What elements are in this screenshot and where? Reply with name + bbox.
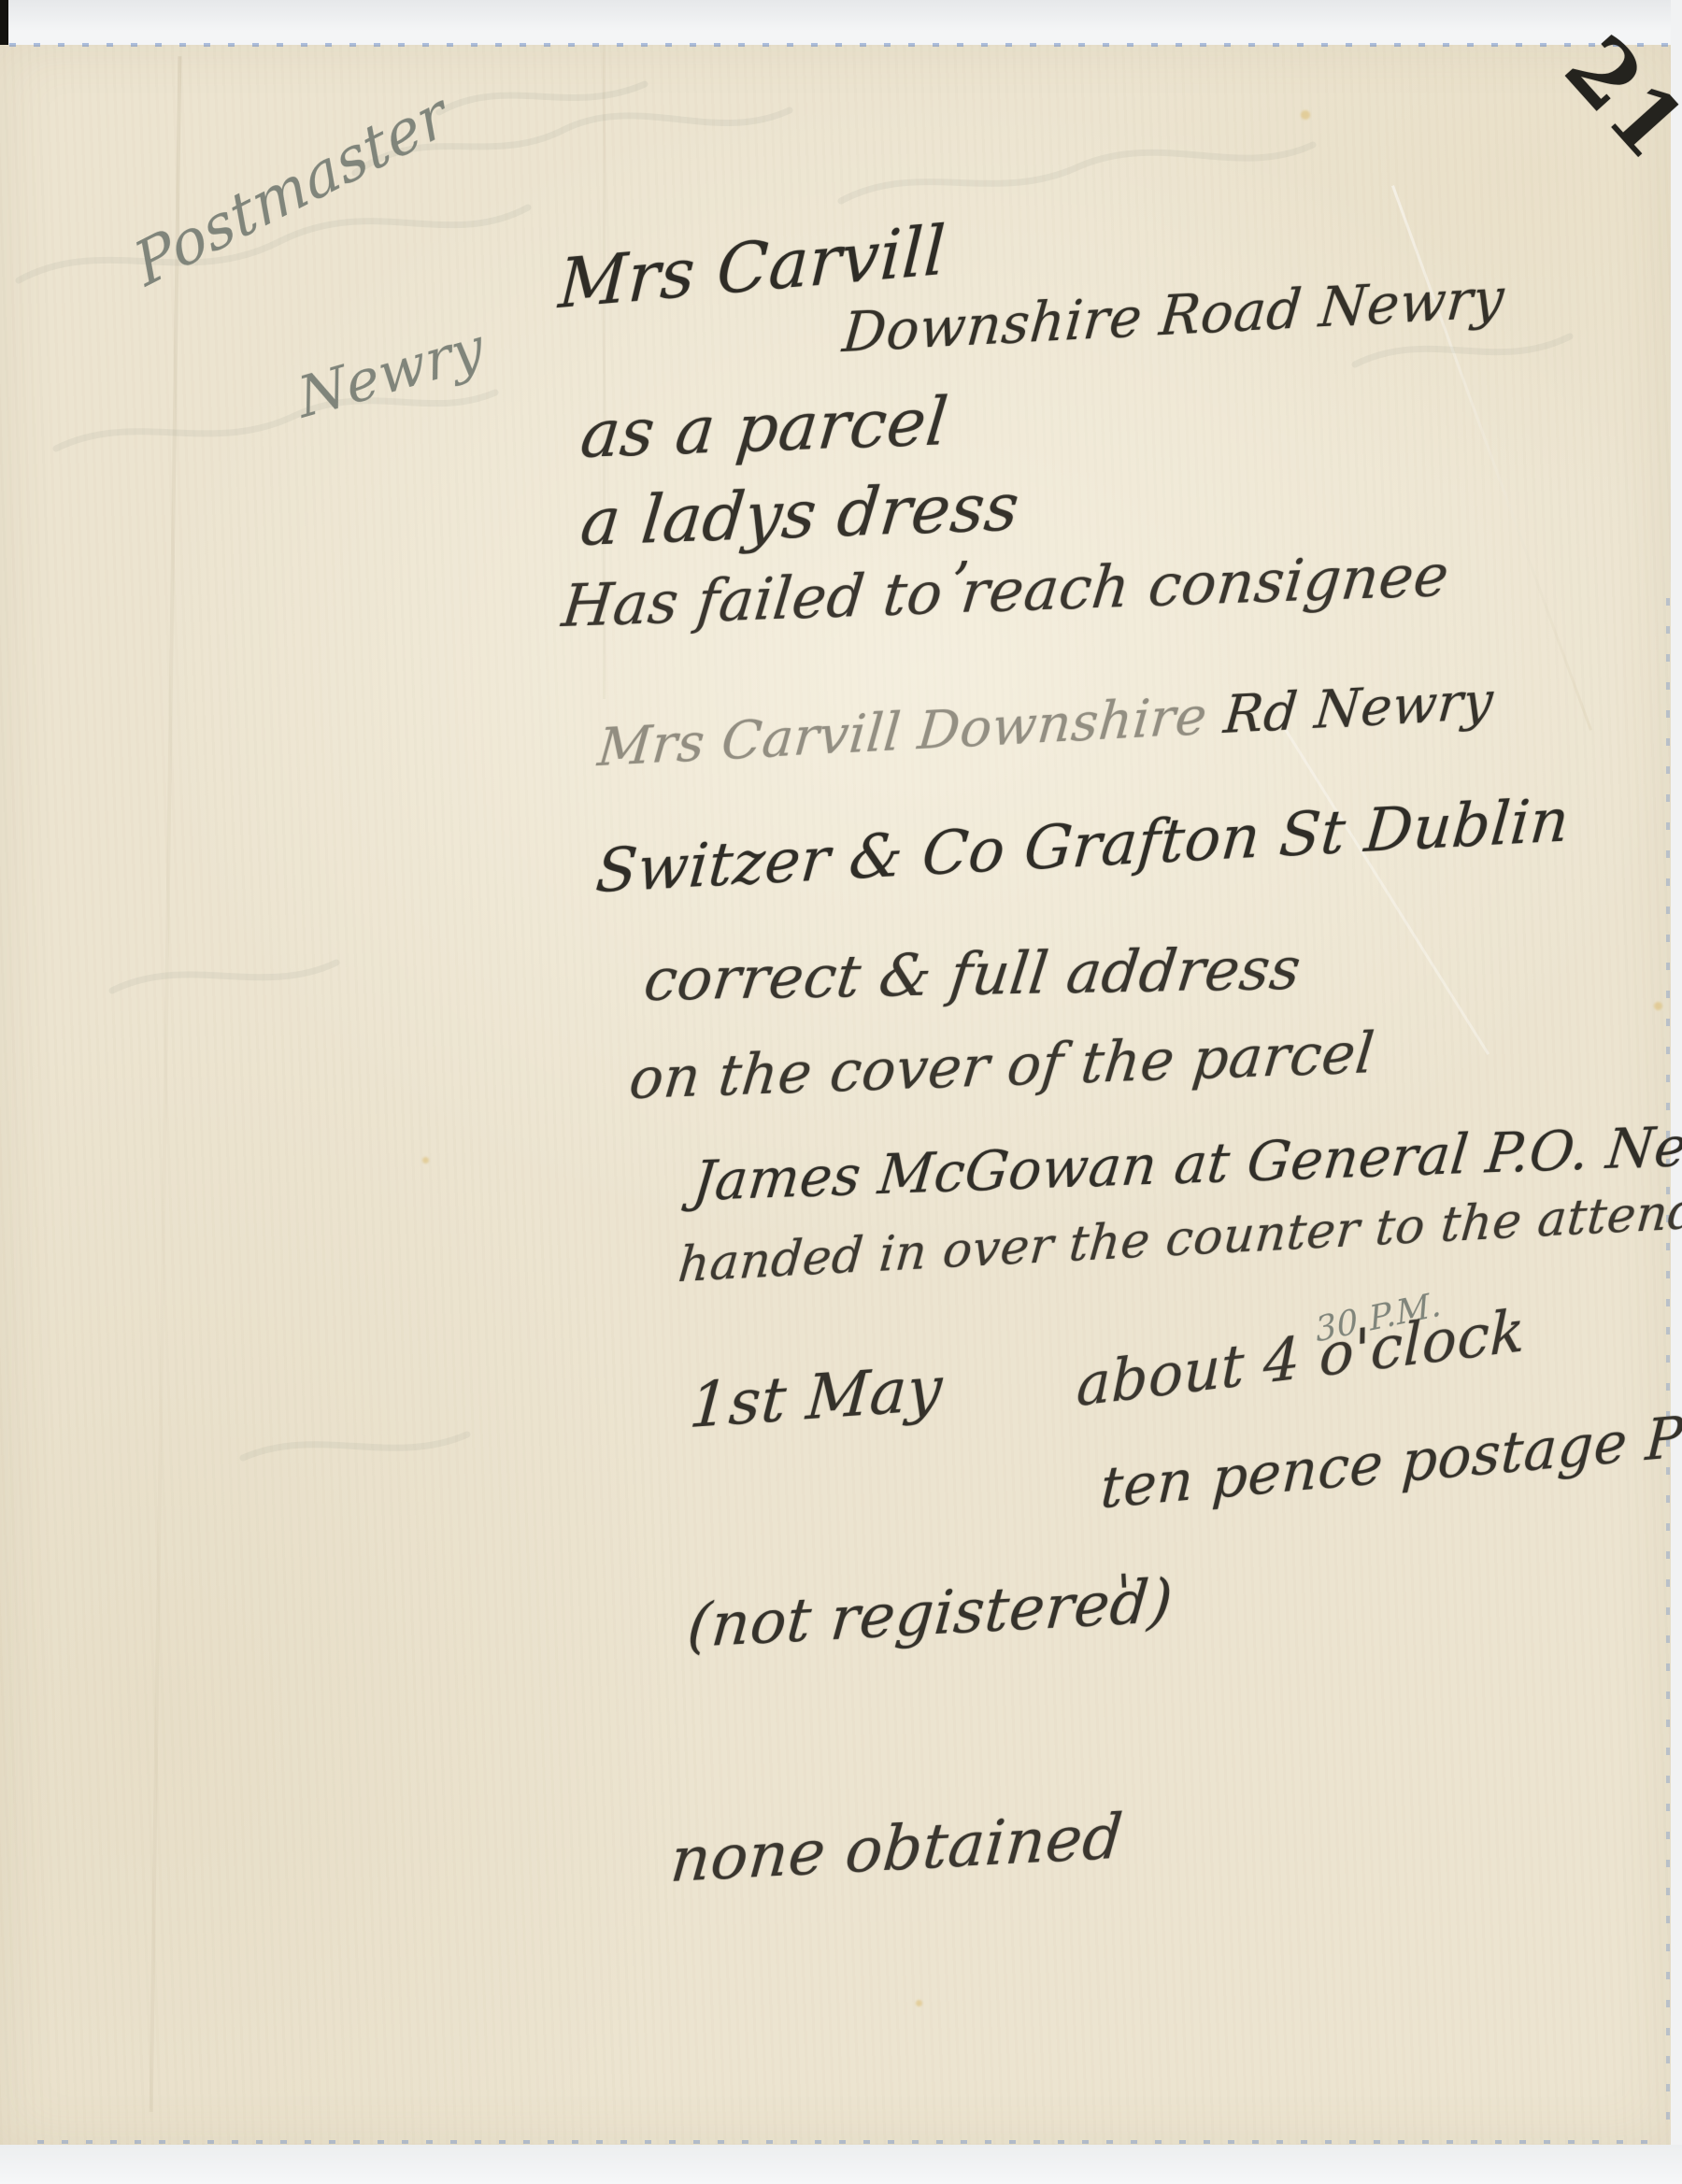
blue-stitch-line-bottom <box>37 2140 1663 2144</box>
foxing-speck <box>916 2000 922 2006</box>
foxing-speck <box>1301 110 1310 120</box>
foxing-speck <box>422 1157 429 1163</box>
scanned-page: 21 Postmaster Newry Mrs Carvill Downshir… <box>0 0 1682 2184</box>
blue-stitch-line-top <box>9 43 1671 47</box>
line-as-a-parcel: as a parcel <box>577 383 952 473</box>
backing-sheet-top <box>0 0 1682 45</box>
foxing-speck <box>1654 1002 1662 1010</box>
backing-sheet-right <box>1671 0 1682 2184</box>
line-correct-address: correct & full address <box>641 935 1305 1014</box>
blue-stitch-line-right <box>1666 598 1670 2140</box>
backing-sheet-bottom <box>0 2145 1682 2184</box>
